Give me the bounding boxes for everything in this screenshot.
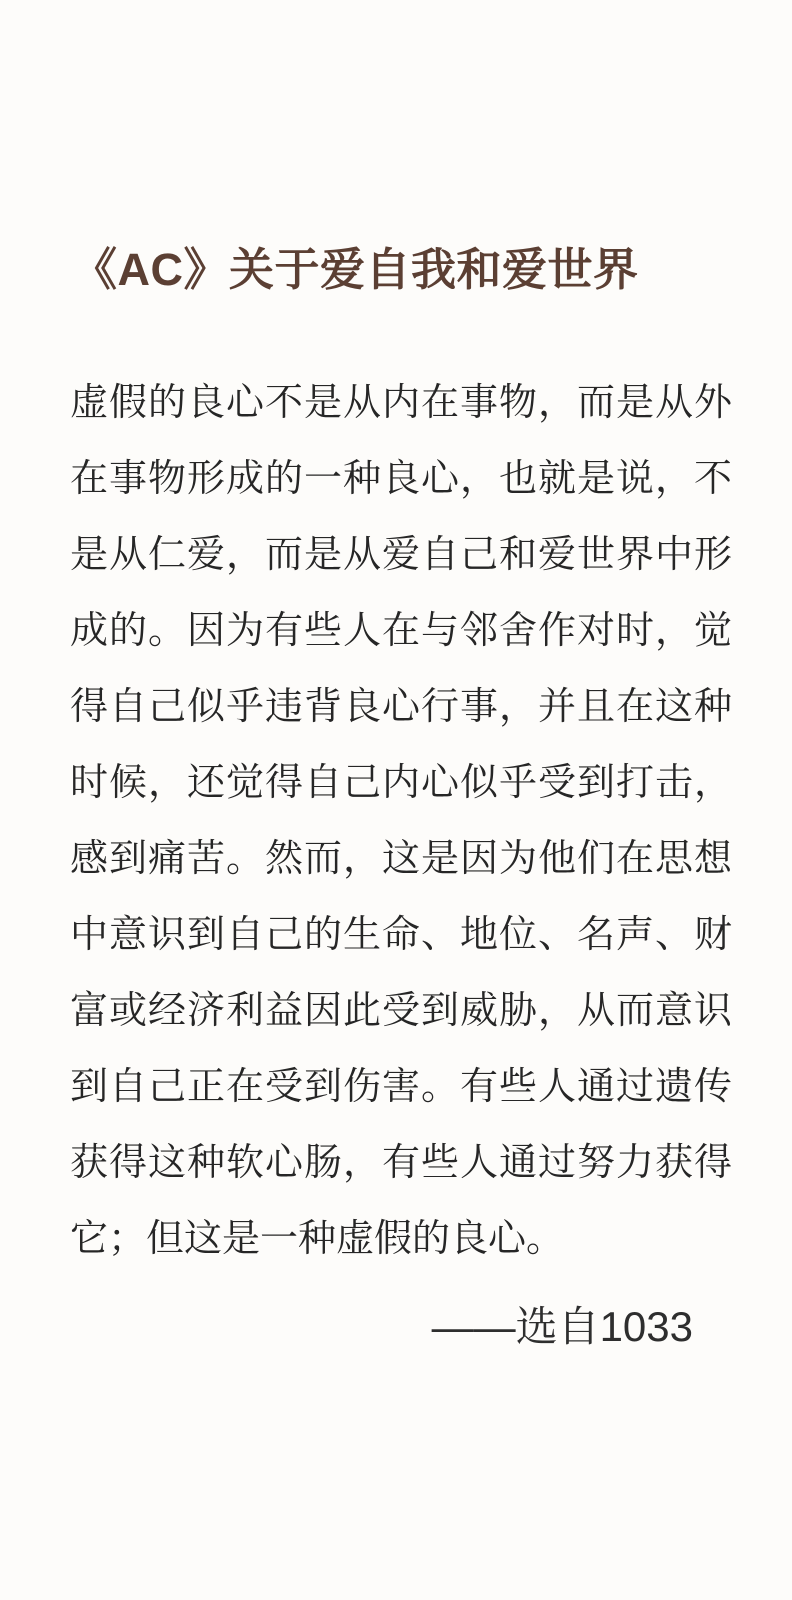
body-line: 中意识到自己的生命、地位、名声、财 (70, 897, 732, 973)
body-line: 在事物形成的一种良心，也就是说，不 (70, 441, 732, 517)
body-line: 到自己正在受到伤害。有些人通过遗传 (70, 1049, 732, 1125)
body-line: 成的。因为有些人在与邻舍作对时，觉 (70, 593, 732, 669)
quote-card: 《AC》关于爱自我和爱世界 虚假的良心不是从内在事物，而是从外 在事物形成的一种… (0, 0, 792, 1600)
body-line: 时候，还觉得自己内心似乎受到打击， (70, 745, 732, 821)
body-line: 富或经济利益因此受到威胁，从而意识 (70, 973, 732, 1049)
body-line: 是从仁爱，而是从爱自己和爱世界中形 (70, 517, 732, 593)
body-paragraph: 虚假的良心不是从内在事物，而是从外 在事物形成的一种良心，也就是说，不 是从仁爱… (70, 365, 732, 1277)
page-title: 《AC》关于爱自我和爱世界 (72, 240, 639, 300)
attribution-source: ——选自1033 (432, 1303, 693, 1351)
body-line: 获得这种软心肠，有些人通过努力获得 (70, 1125, 732, 1201)
body-line: 感到痛苦。然而，这是因为他们在思想 (70, 821, 732, 897)
body-line: 虚假的良心不是从内在事物，而是从外 (70, 365, 732, 441)
body-line: 它；但这是一种虚假的良心。 (70, 1201, 732, 1277)
body-line: 得自己似乎违背良心行事，并且在这种 (70, 669, 732, 745)
